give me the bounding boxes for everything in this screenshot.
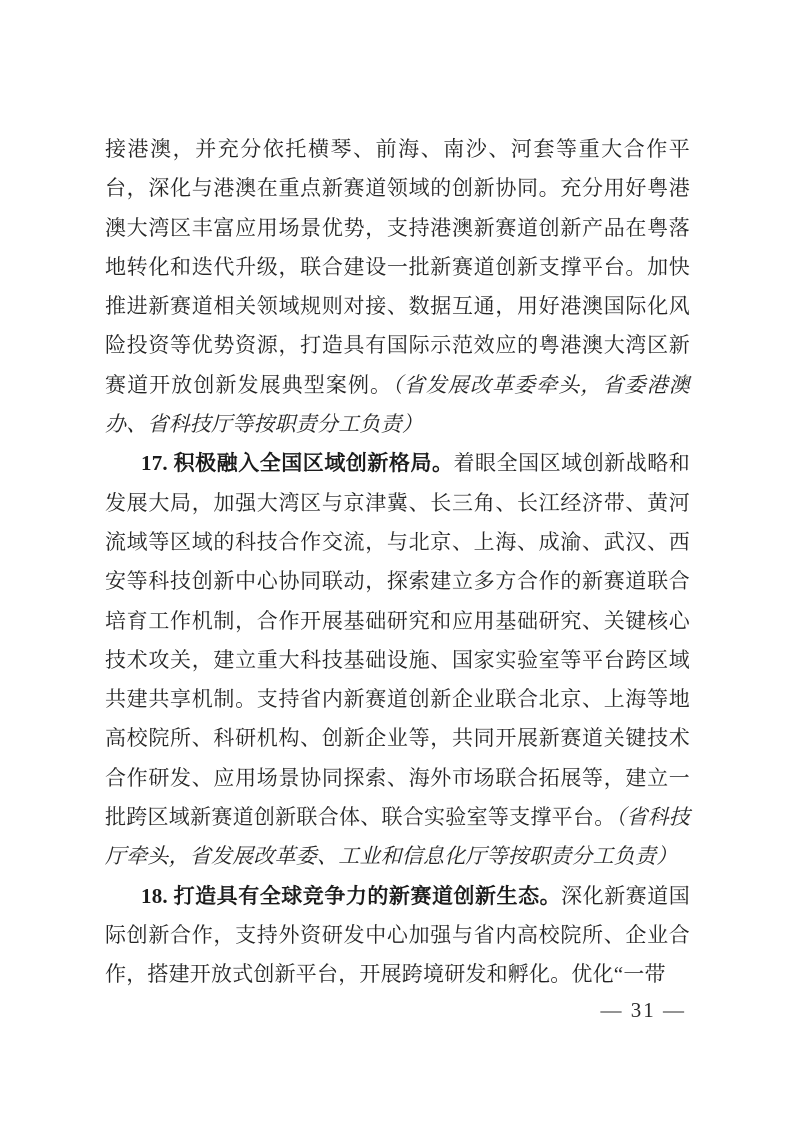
document-page: 接港澳，并充分依托横琴、前海、南沙、河套等重大合作平台，深化与港澳在重点新赛道领…	[0, 0, 794, 1123]
item-18-paragraph: 18. 打造具有全球竞争力的新赛道创新生态。深化新赛道国际创新合作，支持外资研发…	[105, 877, 690, 995]
item-17-paragraph: 17. 积极融入全国区域创新格局。着眼全国区域创新战略和发展大局，加强大湾区与京…	[105, 444, 690, 876]
continuation-paragraph: 接港澳，并充分依托横琴、前海、南沙、河套等重大合作平台，深化与港澳在重点新赛道领…	[105, 130, 690, 444]
item-17-body-text: 着眼全国区域创新战略和发展大局，加强大湾区与京津冀、长三角、长江经济带、黄河流域…	[105, 451, 690, 829]
item-18-heading: 18. 打造具有全球竞争力的新赛道创新生态。	[141, 884, 561, 908]
document-body: 接港澳，并充分依托横琴、前海、南沙、河套等重大合作平台，深化与港澳在重点新赛道领…	[105, 130, 690, 995]
item-17-heading: 17. 积极融入全国区域创新格局。	[141, 451, 454, 475]
continuation-paragraph-text: 接港澳，并充分依托横琴、前海、南沙、河套等重大合作平台，深化与港澳在重点新赛道领…	[105, 137, 690, 397]
page-number: — 31 —	[601, 998, 687, 1022]
